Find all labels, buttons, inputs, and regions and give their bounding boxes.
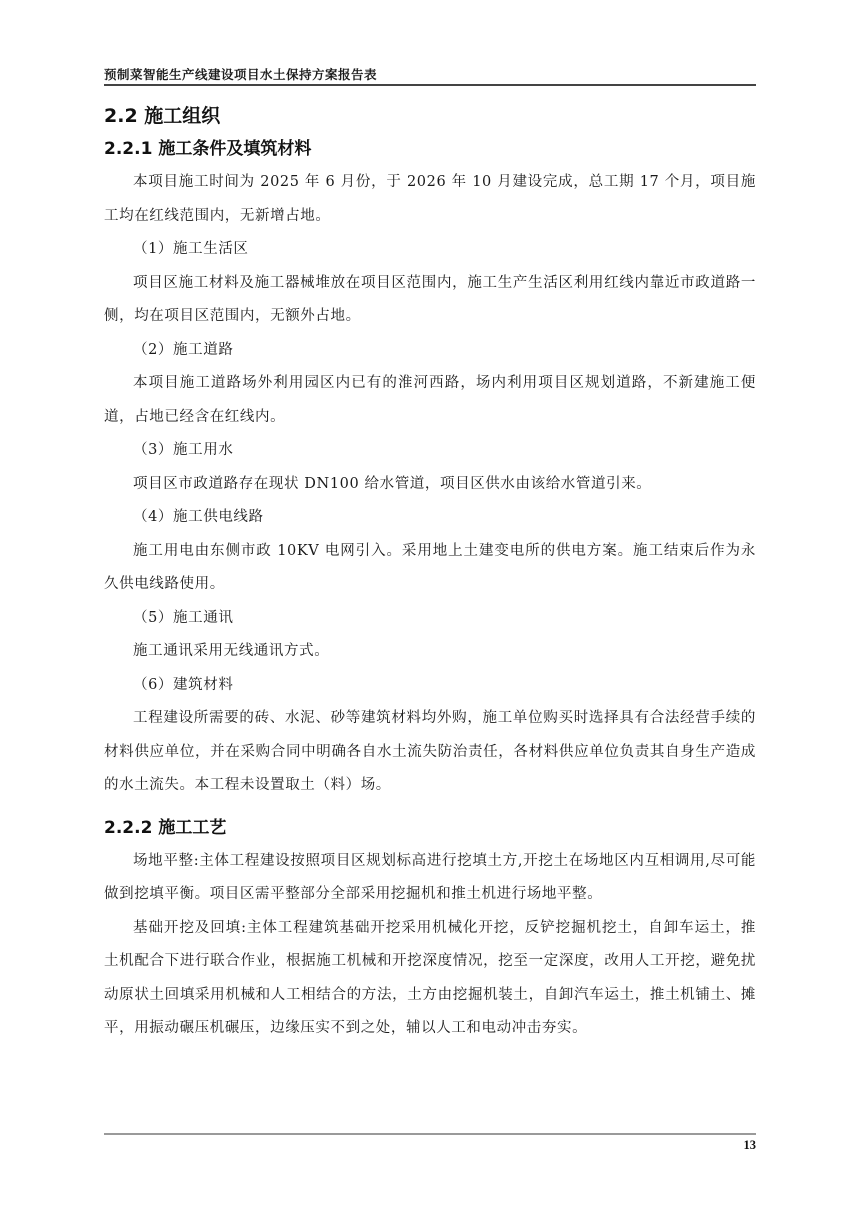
document-title: 预制菜智能生产线建设项目水土保持方案报告表 [104,65,377,83]
item-label-water: （3）施工用水 [104,434,756,468]
item-label-roads: （2）施工道路 [104,334,756,368]
section-heading: 2.2 施工组织 [104,100,756,132]
page-number: 13 [744,1138,757,1153]
subsection-heading-2-2-2: 2.2.2 施工工艺 [104,811,756,845]
header-divider [104,84,756,86]
item-text-water: 项目区市政道路存在现状 DN100 给水管道，项目区供水由该给水管道引来。 [104,468,756,502]
intro-paragraph: 本项目施工时间为 2025 年 6 月份，于 2026 年 10 月建设完成，总… [104,166,756,233]
item-text-living-area: 项目区施工材料及施工器械堆放在项目区范围内，施工生产生活区利用红线内靠近市政道路… [104,267,756,334]
item-label-power: （4）施工供电线路 [104,501,756,535]
item-text-roads: 本项目施工道路场外利用园区内已有的淮河西路，场内利用项目区规划道路，不新建施工便… [104,367,756,434]
page-header: 预制菜智能生产线建设项目水土保持方案报告表 [104,63,756,83]
subsection-heading-2-2-1: 2.2.1 施工条件及填筑材料 [104,132,756,166]
item-text-communication: 施工通讯采用无线通讯方式。 [104,635,756,669]
page-content: 2.2 施工组织 2.2.1 施工条件及填筑材料 本项目施工时间为 2025 年… [104,100,756,1046]
process-paragraph-site-leveling: 场地平整:主体工程建设按照项目区规划标高进行挖填土方,开挖土在场地区内互相调用,… [104,845,756,912]
item-text-materials: 工程建设所需要的砖、水泥、砂等建筑材料均外购，施工单位购买时选择具有合法经营手续… [104,702,756,803]
item-label-communication: （5）施工通讯 [104,602,756,636]
process-paragraph-excavation: 基础开挖及回填:主体工程建筑基础开挖采用机械化开挖，反铲挖掘机挖土，自卸车运土，… [104,912,756,1046]
item-label-living-area: （1）施工生活区 [104,233,756,267]
item-label-materials: （6）建筑材料 [104,669,756,703]
footer-divider [104,1133,756,1135]
item-text-power: 施工用电由东侧市政 10KV 电网引入。采用地上土建变电所的供电方案。施工结束后… [104,535,756,602]
